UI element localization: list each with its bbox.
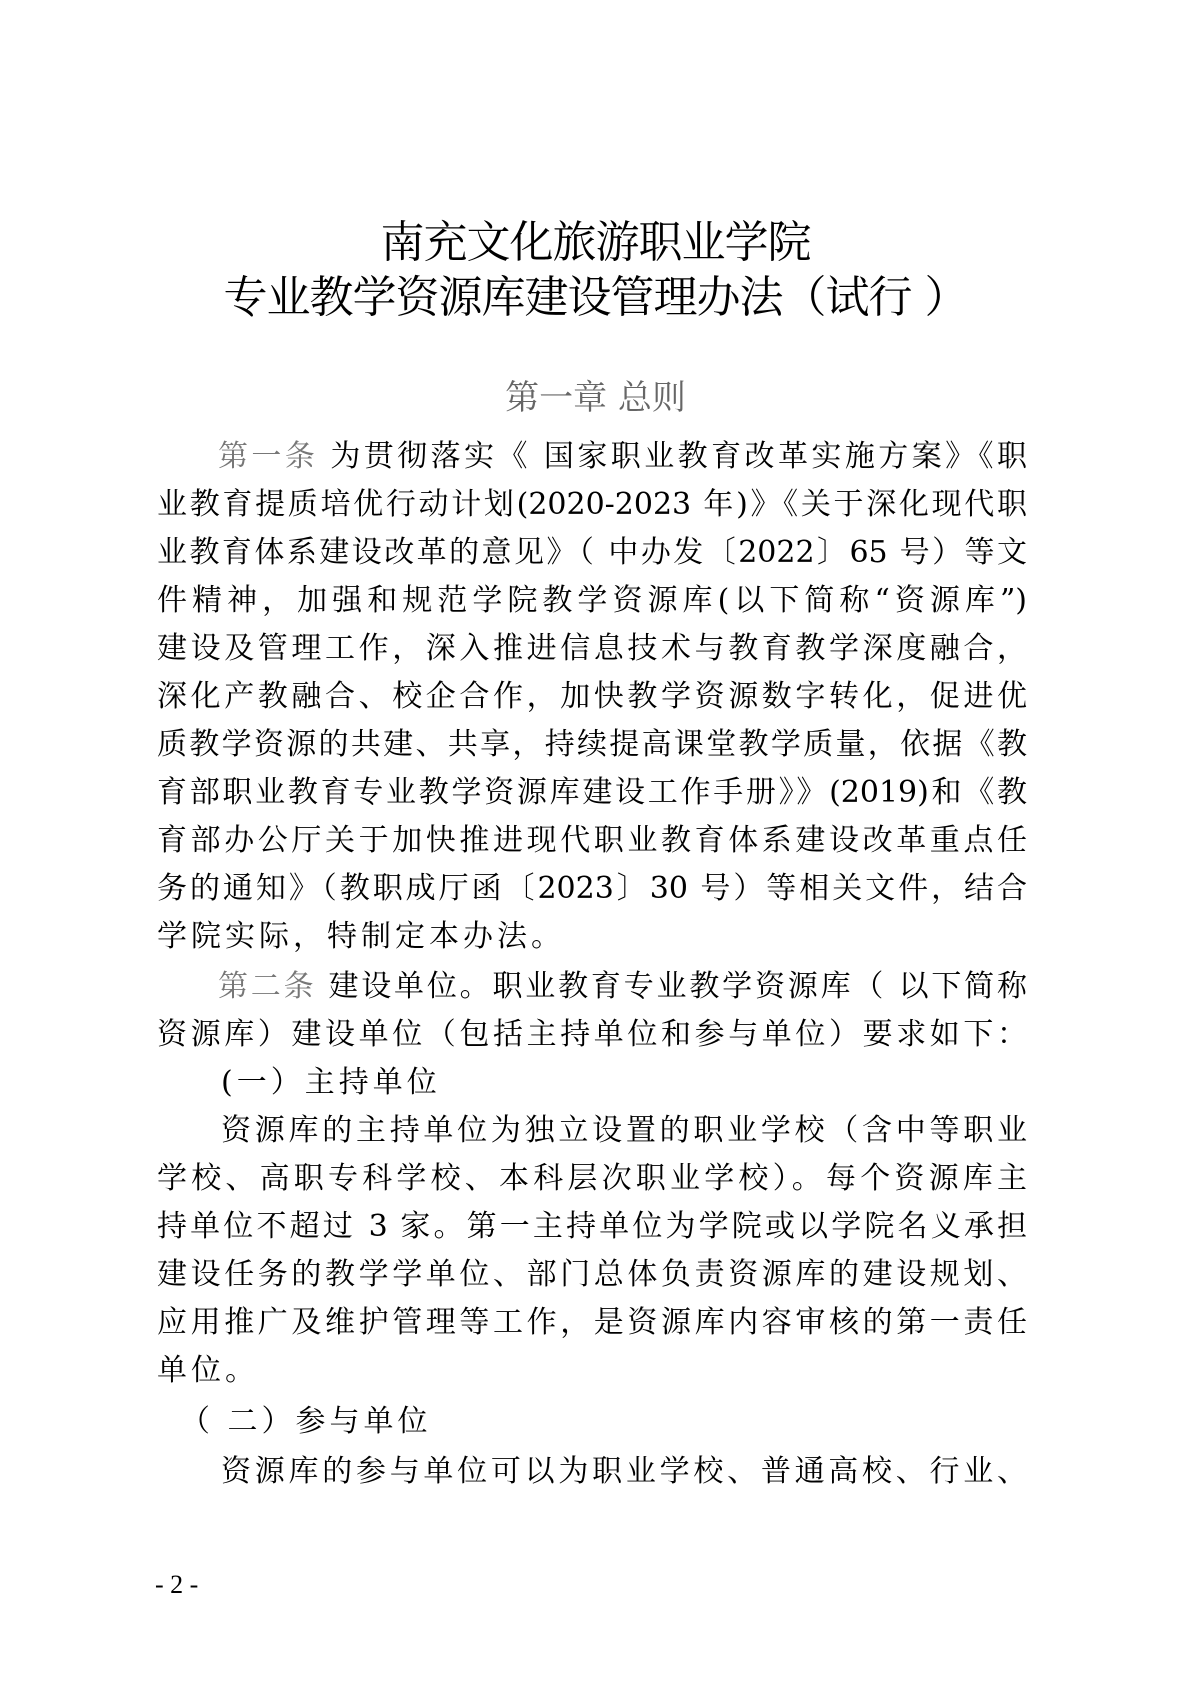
article-1-line-10: 务的通知》（教职成厅函〔2023〕30 号）等相关文件，结合 [157, 865, 1027, 913]
article-1-line-8: 育部职业教育专业教学资源库建设工作手册》》(2019)和《教 [157, 769, 1027, 817]
article-1-line-3: 业教育体系建设改革的意见》（ 中办发〔2022〕65 号）等文 [157, 529, 1027, 577]
article-1-line-5: 建设及管理工作，深入推进信息技术与教育教学深度融合， [157, 625, 1027, 673]
subsection-1-heading: (一）主持单位 [221, 1059, 1027, 1107]
document-title-line2: 专业教学资源库建设管理办法（试行 ） [0, 271, 1191, 325]
article-1-line-6: 深化产教融合、校企合作，加快教学资源数字转化，促进优 [157, 673, 1027, 721]
subsection-1-line-5: 应用推广及维护管理等工作，是资源库内容审核的第一责任 [157, 1299, 1027, 1347]
article-1-line-4: 件精神，加强和规范学院教学资源库(以下简称“资源库”) [157, 577, 1027, 625]
article-1-line-1: 第一条为贯彻落实《 国家职业教育改革实施方案》《职 [218, 433, 1027, 481]
article-1-label: 第一条 [218, 439, 318, 474]
subsection-1-line-2: 学校、高职专科学校、本科层次职业学校）。每个资源库主 [157, 1155, 1027, 1203]
subsection-1-line-3: 持单位不超过 3 家。第一主持单位为学院或以学院名义承担 [157, 1203, 1027, 1251]
article-2-label: 第二条 [218, 969, 316, 1004]
article-1-line-11: 学院实际，特制定本办法。 [157, 913, 1027, 961]
article-2-text: 建设单位。职业教育专业教学资源库（ 以下简称 [328, 969, 1027, 1004]
article-2-line-1: 第二条建设单位。职业教育专业教学资源库（ 以下简称 [218, 963, 1027, 1011]
subsection-1-line-1: 资源库的主持单位为独立设置的职业学校（含中等职业 [221, 1107, 1027, 1155]
article-1-line-9: 育部办公厅关于加快推进现代职业教育体系建设改革重点任 [157, 817, 1027, 865]
article-1-line-2: 业教育提质培优行动计划(2020-2023 年)》《关于深化现代职 [157, 481, 1027, 529]
article-2-line-2: 资源库）建设单位（包括主持单位和参与单位）要求如下： [157, 1011, 1027, 1059]
chapter-heading: 第一章 总则 [0, 376, 1191, 420]
subsection-2-line-1: 资源库的参与单位可以为职业学校、普通高校、行业、 [221, 1448, 1027, 1496]
article-1-text: 为贯彻落实《 国家职业教育改革实施方案》《职 [330, 439, 1027, 474]
subsection-1-line-6: 单位。 [157, 1347, 1027, 1395]
subsection-1-line-4: 建设任务的教学学单位、部门总体负责资源库的建设规划、 [157, 1251, 1027, 1299]
document-page: 南充文化旅游职业学院 专业教学资源库建设管理办法（试行 ） 第一章 总则 第一条… [0, 0, 1191, 1684]
document-title-line1: 南充文化旅游职业学院 [0, 216, 1191, 270]
article-1-line-7: 质教学资源的共建、共享，持续提高课堂教学质量，依据《教 [157, 721, 1027, 769]
subsection-2-heading: （ 二）参与单位 [180, 1398, 1050, 1446]
page-number: - 2 - [155, 1570, 198, 1600]
